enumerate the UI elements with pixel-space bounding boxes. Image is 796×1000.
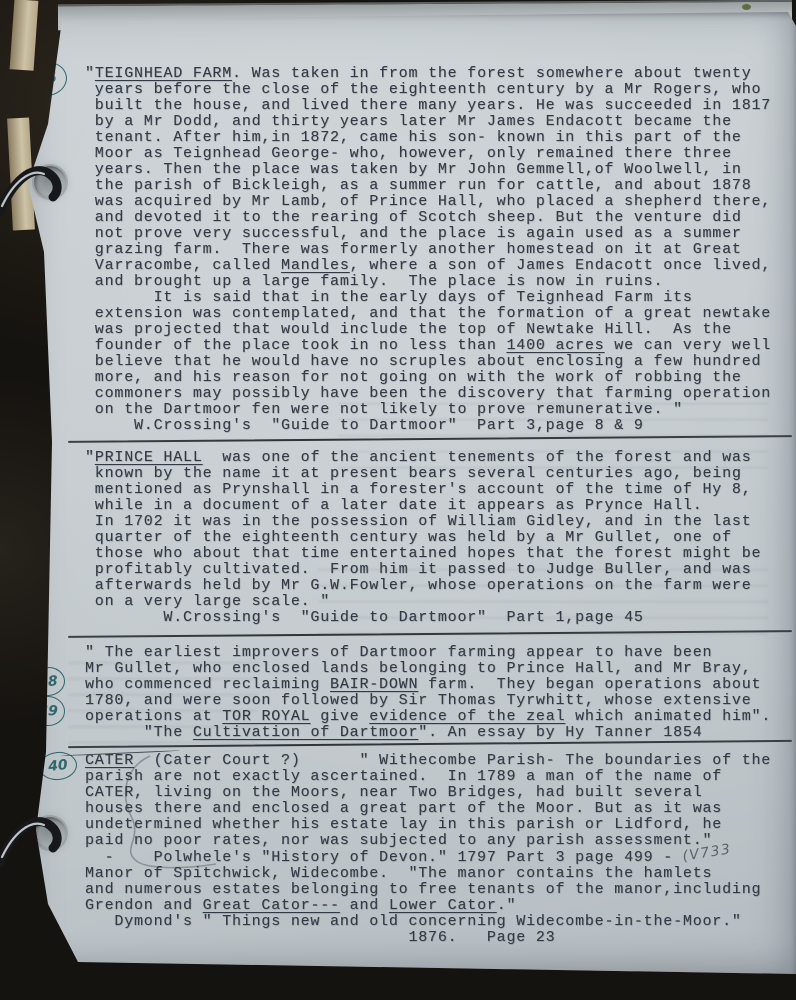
typed-line: W.Crossing's "Guide to Dartmoor" Part 1,… [85, 610, 761, 626]
debris-speck [742, 4, 751, 10]
typed-line: - Polwhele's "History of Devon." 1797 Pa… [85, 849, 771, 866]
typed-line: quarter of the eighteenth century was he… [85, 530, 761, 546]
entry-38-39: " The earliest improvers of Dartmoor far… [85, 645, 771, 741]
typed-line: afterwards held by Mr G.W.Fowler, whose … [85, 578, 761, 594]
typed-line: years before the close of the eighteenth… [85, 82, 771, 98]
typed-line: and numerous estates belonging to free t… [85, 882, 771, 898]
typed-line: was projected that would include the top… [85, 322, 771, 338]
typed-line: Manor of Spitchwick, Widecombe. "The man… [85, 866, 771, 882]
typed-line: extension was contemplated, and that the… [85, 306, 771, 322]
typed-line: 1876. Page 23 [85, 930, 771, 946]
typed-line: the parish of Bickleigh, as a summer run… [85, 178, 771, 194]
typed-line: It is said that in the early days of Tei… [85, 290, 771, 306]
typed-line: while in a document of a later date it a… [85, 498, 761, 514]
binder-ring [0, 150, 110, 234]
typed-line: founder of the place took in no less tha… [85, 338, 771, 354]
typed-line: Varracombe, called Mandles, where a son … [85, 258, 771, 274]
typed-line: believe that he would have no scruples a… [85, 354, 771, 370]
typed-line: Mr Gullet, who enclosed lands belonging … [85, 661, 771, 677]
typed-line: "TEIGNHEAD FARM. Was taken in from the f… [85, 66, 771, 82]
typed-line: profitably cultivated. From him it passe… [85, 562, 761, 578]
typed-line: "PRINCE HALL was one of the ancient tene… [85, 450, 761, 466]
typed-line: years. Then the place was taken by Mr Jo… [85, 162, 771, 178]
entry-40: CATER (Cater Court ?) " Withecombe Paris… [85, 753, 771, 946]
page-stack-edge [10, 0, 39, 71]
typed-line: houses there and enclosed a great part o… [85, 801, 771, 817]
typed-line: "The Cultivation of Dartmoor". An essay … [85, 725, 771, 741]
typed-line: and devoted it to the rearing of Scotch … [85, 210, 771, 226]
typed-line: In 1702 it was in the possession of Will… [85, 514, 761, 530]
typed-line: by a Mr Dodd, and thirty years later Mr … [85, 114, 771, 130]
binder-ring [0, 801, 110, 885]
typed-line: parish are not exactly ascertained. In 1… [85, 769, 771, 785]
typed-line: mentioned as Prynshall in a forester's a… [85, 482, 761, 498]
typed-line: on the Dartmoor fen were not likely to p… [85, 402, 771, 418]
typed-line: " The earliest improvers of Dartmoor far… [85, 645, 771, 661]
typed-line: commoners may possibly have been the dis… [85, 386, 771, 402]
typed-line: CATER, living on the Moors, near Two Bri… [85, 785, 771, 801]
margin-number-37: 37 [6, 444, 50, 484]
typed-line: known by the name it at present bears se… [85, 466, 761, 482]
typed-line: Dymond's " Things new and old concerning… [85, 914, 771, 930]
typed-line: those who about that time entertained ho… [85, 546, 761, 562]
typed-line: undetermined whether his estate lay in t… [85, 817, 771, 833]
typed-line: was acquired by Mr Lamb, of Prince Hall,… [85, 194, 771, 210]
typed-line: not prove very successful, and the place… [85, 226, 771, 242]
typed-line: Moor as Teignhead George- who, however, … [85, 146, 771, 162]
notebook-page: "TEIGNHEAD FARM. Was taken in from the f… [18, 12, 796, 988]
typed-line: and brought up a large family. The place… [85, 274, 771, 290]
entry-37: "PRINCE HALL was one of the ancient tene… [85, 450, 761, 626]
page-bottom-edge [58, 971, 796, 979]
entry-36: "TEIGNHEAD FARM. Was taken in from the f… [85, 66, 771, 434]
typed-line: 1780, and were soon followed by Sir Thom… [85, 693, 771, 709]
typed-line: operations at TOR ROYAL give evidence of… [85, 709, 771, 725]
typed-line: CATER (Cater Court ?) " Withecombe Paris… [85, 753, 771, 769]
typed-line: tenant. After him,in 1872, came his son-… [85, 130, 771, 146]
typed-line: paid no poor rates, nor was subjected to… [85, 833, 771, 849]
typed-line: Grendon and Great Cator--- and Lower Cat… [85, 898, 771, 914]
typed-line: W.Crossing's "Guide to Dartmoor" Part 3,… [85, 418, 771, 434]
typed-line: built the house, and lived there many ye… [85, 98, 771, 114]
photo-background: "TEIGNHEAD FARM. Was taken in from the f… [0, 0, 796, 1000]
typed-line: who commenced reclaiming BAIR-DOWN farm.… [85, 677, 771, 693]
typed-line: grazing farm. There was formerly another… [85, 242, 771, 258]
typed-line: more, and his reason for not going on wi… [85, 370, 771, 386]
typed-line: on a very large scale. " [85, 594, 761, 610]
